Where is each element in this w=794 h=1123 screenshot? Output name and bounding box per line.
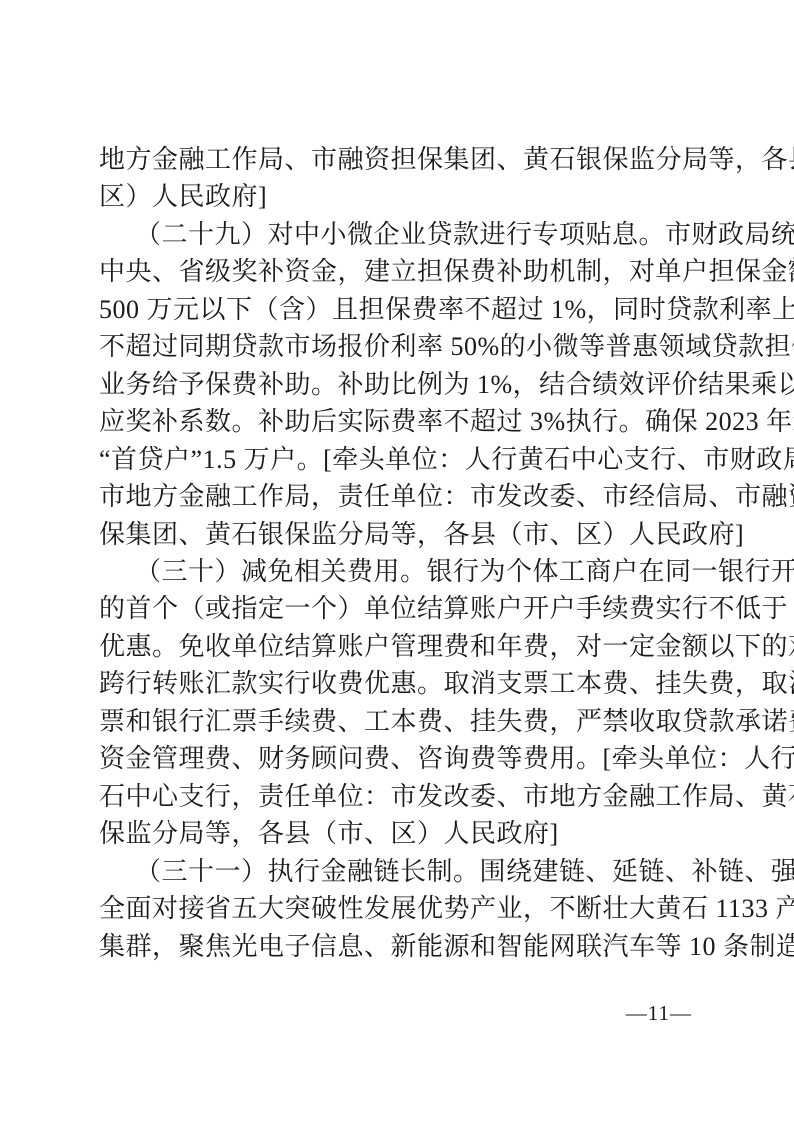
document-body: 地方金融工作局、市融资担保集团、黄石银保监分局等，各县（市、 区）人民政府] （… <box>99 141 697 965</box>
text-line-17: 资金管理费、财务顾问费、咨询费等费用。[牵头单位：人行黄 <box>99 740 697 777</box>
text-line-7: 业务给予保费补助。补助比例为 1%，结合绩效评价结果乘以相 <box>99 366 697 403</box>
text-line-9: “首贷户”1.5 万户。[牵头单位：人行黄石中心支行、市财政局、 <box>99 441 697 478</box>
document-page: 地方金融工作局、市融资担保集团、黄石银保监分局等，各县（市、 区）人民政府] （… <box>0 0 794 1123</box>
text-line-1: 地方金融工作局、市融资担保集团、黄石银保监分局等，各县（市、 <box>99 141 697 178</box>
text-line-16: 票和银行汇票手续费、工本费、挂失费，严禁收取贷款承诺费、 <box>99 703 697 740</box>
text-line-19: 保监分局等，各县（市、区）人民政府] <box>99 815 697 852</box>
paragraph-item-29: （二十九）对中小微企业贷款进行专项贴息。市财政局统筹 中央、省级奖补资金，建立担… <box>99 216 697 553</box>
text-line-12: （三十）减免相关费用。银行为个体工商户在同一银行开立 <box>99 553 697 590</box>
text-line-2: 区）人民政府] <box>99 178 697 215</box>
text-line-8: 应奖补系数。补助后实际费率不超过 3%执行。确保 2023 年新增 <box>99 403 697 440</box>
text-line-13: 的首个（或指定一个）单位结算账户开户手续费实行不低于 5 折 <box>99 590 697 627</box>
text-line-6: 不超过同期贷款市场报价利率 50%的小微等普惠领域贷款担保 <box>99 328 697 365</box>
text-line-20: （三十一）执行金融链长制。围绕建链、延链、补链、强链， <box>99 853 697 890</box>
text-line-5: 500 万元以下（含）且担保费率不超过 1%，同时贷款利率上浮 <box>99 291 697 328</box>
text-line-14: 优惠。免收单位结算账户管理费和年费，对一定金额以下的对公 <box>99 628 697 665</box>
paragraph-item-31: （三十一）执行金融链长制。围绕建链、延链、补链、强链， 全面对接省五大突破性发展… <box>99 853 697 965</box>
text-line-18: 石中心支行，责任单位：市发改委、市地方金融工作局、黄石银 <box>99 778 697 815</box>
text-line-15: 跨行转账汇款实行收费优惠。取消支票工本费、挂失费，取消本 <box>99 665 697 702</box>
page-number: —11— <box>626 1001 692 1026</box>
text-line-22: 集群，聚焦光电子信息、新能源和智能网联汽车等 10 条制造业 <box>99 928 697 965</box>
text-line-10: 市地方金融工作局，责任单位：市发改委、市经信局、市融资担 <box>99 478 697 515</box>
text-line-21: 全面对接省五大突破性发展优势产业，不断壮大黄石 1133 产业 <box>99 890 697 927</box>
text-line-4: 中央、省级奖补资金，建立担保费补助机制，对单户担保金额 <box>99 253 697 290</box>
paragraph-item-30: （三十）减免相关费用。银行为个体工商户在同一银行开立 的首个（或指定一个）单位结… <box>99 553 697 853</box>
paragraph-continuation: 地方金融工作局、市融资担保集团、黄石银保监分局等，各县（市、 区）人民政府] <box>99 141 697 216</box>
text-line-3: （二十九）对中小微企业贷款进行专项贴息。市财政局统筹 <box>99 216 697 253</box>
text-line-11: 保集团、黄石银保监分局等，各县（市、区）人民政府] <box>99 516 697 553</box>
